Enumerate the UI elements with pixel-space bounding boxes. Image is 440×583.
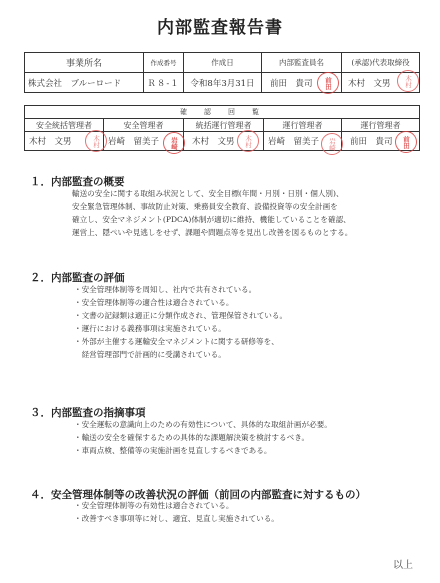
name-text: 岩崎 留美子 — [268, 137, 319, 147]
review-table-title-row: 確 認 回 覧 — [25, 106, 420, 119]
body-line: 運営上、隠ぺいや見逃しをせず、課題や問題点等を見出し改善を図るものとする。 — [72, 226, 352, 239]
office-name-value: 株式会社 ブルーロード — [25, 73, 144, 93]
document-title: 内部監査報告書 — [0, 13, 440, 38]
info-table: 事業所名 作成番号 作成日 内部監査員名 (承認)代表取締役 株式会社 ブルーロ… — [24, 52, 420, 93]
general-operation-manager-value: 木村 文男 木村 — [184, 132, 264, 151]
seal-text: 岩崎 — [170, 137, 178, 150]
seal-stamp-icon: 岩崎 — [321, 133, 343, 155]
approver-value: 木村 文男 木村 — [342, 73, 420, 93]
header-created-date: 作成日 — [184, 53, 262, 73]
seal-text: 木村 — [244, 135, 252, 148]
list-item: ・外部が主催する運輸安全マネジメントに関する研修等を、 — [74, 335, 287, 348]
name-text: 前田 貴司 — [350, 137, 393, 147]
info-table-header-row: 事業所名 作成番号 作成日 内部監査員名 (承認)代表取締役 — [25, 53, 420, 73]
section-2-list: ・安全管理体制等を周知し、社内で共有されている。 ・安全管理体制等の適合性は適合… — [74, 283, 287, 361]
doc-number-value: Ｒ８-１ — [144, 73, 184, 93]
operation-manager-2-value: 前田 貴司 前田 — [342, 132, 420, 151]
seal-text: 木村 — [92, 135, 100, 148]
seal-text: 木村 — [404, 75, 412, 88]
name-text: 木村 文男 — [29, 137, 72, 147]
review-table-title: 確 認 回 覧 — [25, 106, 420, 119]
body-line: 輸送の安全に関する取組み状況として、安全目標(年間・月別・日別・個人別)、 — [72, 187, 352, 200]
approver-text: 木村 文男 — [348, 79, 391, 89]
operation-manager-1-value: 岩崎 留美子 岩崎 — [264, 132, 342, 151]
safety-manager-value: 岩崎 留美子 岩崎 — [104, 132, 184, 151]
section-3-list: ・安全運転の意識向上のための有効性について、具体的な取組計画が必要。 ・輸送の安… — [74, 418, 332, 457]
list-item: ・運行における義務事項は実施されている。 — [74, 322, 287, 335]
seal-stamp-icon: 前田 — [317, 72, 339, 94]
safety-general-manager-value: 木村 文男 木村 — [25, 132, 104, 151]
list-item: ・安全管理体制等の有効性は適合されている。 — [74, 499, 279, 512]
seal-text: 前田 — [402, 136, 410, 149]
header-operation-manager-2: 運行管理者 — [342, 119, 420, 132]
auditor-name-value: 前田 貴司 前田 — [262, 73, 342, 93]
section-1-body: 輸送の安全に関する取組み状況として、安全目標(年間・月別・日別・個人別)、 安全… — [72, 187, 352, 239]
header-general-operation-manager: 統括運行管理者 — [184, 119, 264, 132]
header-doc-number: 作成番号 — [144, 53, 184, 73]
name-text: 木村 文男 — [192, 137, 235, 147]
seal-stamp-icon: 前田 — [395, 131, 417, 153]
auditor-name-text: 前田 貴司 — [270, 79, 313, 89]
info-table-value-row: 株式会社 ブルーロード Ｒ８-１ 令和8年3月31日 前田 貴司 前田 木村 文… — [25, 73, 420, 93]
list-item: ・安全運転の意識向上のための有効性について、具体的な取組計画が必要。 — [74, 418, 332, 431]
review-table: 確 認 回 覧 安全統括管理者 安全管理者 統括運行管理者 運行管理者 運行管理… — [24, 105, 420, 151]
list-item: ・安全管理体制等の適合性は適合されている。 — [74, 296, 287, 309]
header-office-name: 事業所名 — [25, 53, 144, 73]
section-4-list: ・安全管理体制等の有効性は適合されている。 ・改善すべき事項等に対し、適宜、見直… — [74, 499, 279, 525]
seal-stamp-icon: 岩崎 — [163, 132, 185, 154]
header-operation-manager-1: 運行管理者 — [264, 119, 342, 132]
closing-mark: 以上 — [393, 556, 413, 571]
list-item: ・輸送の安全を確保するための具体的な課題解決策を検討するべき。 — [74, 431, 332, 444]
header-safety-manager: 安全管理者 — [104, 119, 184, 132]
list-item: 経営管理部門で計画的に受講されている。 — [74, 348, 287, 361]
body-line: 安全緊急管理体制、事故防止対策、乗務員安全教育、設備投資等の安全計画を — [72, 200, 352, 213]
list-item: ・安全管理体制等を周知し、社内で共有されている。 — [74, 283, 287, 296]
seal-stamp-icon: 木村 — [237, 130, 259, 152]
seal-text: 前田 — [324, 77, 332, 90]
seal-stamp-icon: 木村 — [397, 70, 419, 92]
review-table-header-row: 安全統括管理者 安全管理者 統括運行管理者 運行管理者 運行管理者 — [25, 119, 420, 132]
review-table-value-row: 木村 文男 木村 岩崎 留美子 岩崎 木村 文男 木村 岩崎 留美子 岩崎 前田… — [25, 132, 420, 151]
list-item: ・改善すべき事項等に対し、適宜、見直し実施されている。 — [74, 512, 279, 525]
seal-text: 岩崎 — [328, 138, 336, 151]
list-item: ・車両点検、整備等の実施計画を見直しするべきである。 — [74, 444, 332, 457]
header-auditor-name: 内部監査員名 — [262, 53, 342, 73]
list-item: ・文書の記録類は適正に分類作成され、管理保管されている。 — [74, 309, 287, 322]
name-text: 岩崎 留美子 — [108, 137, 159, 147]
created-date-value: 令和8年3月31日 — [184, 73, 262, 93]
body-line: 確立し、安全マネジメント(PDCA)体制が適切に維持、機能していることを確認、 — [72, 213, 352, 226]
